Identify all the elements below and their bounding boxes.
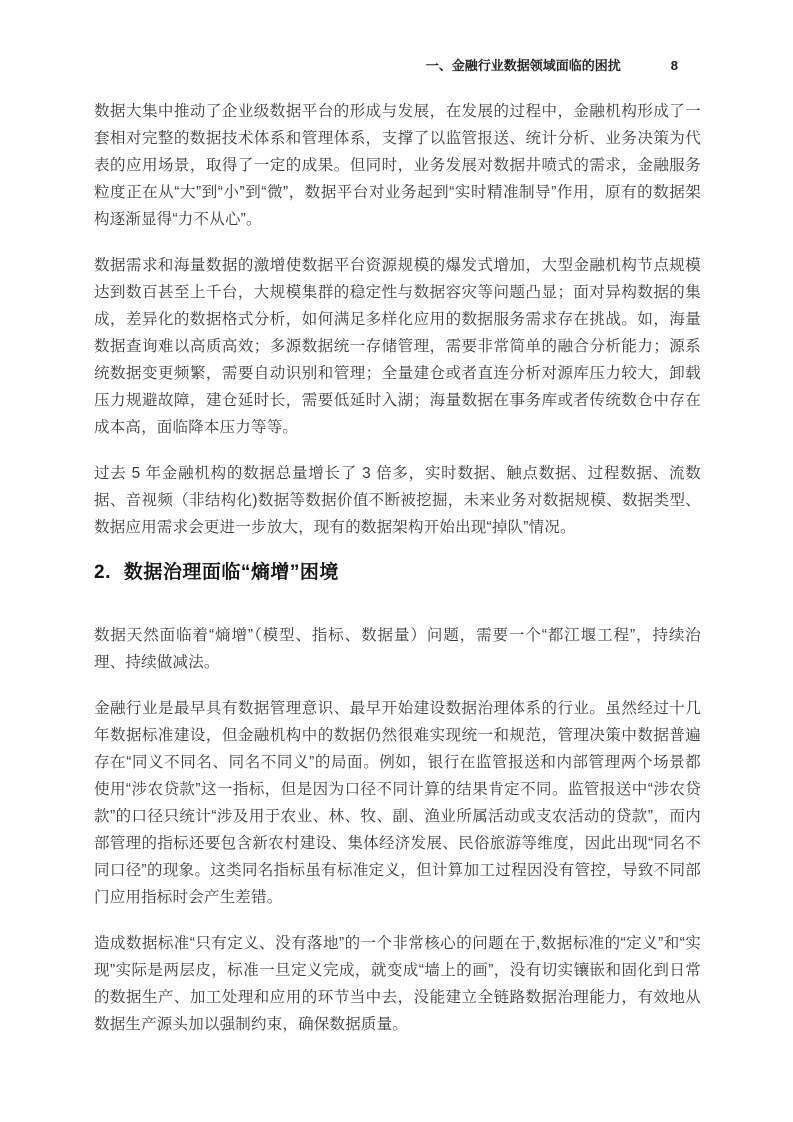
header-section-title: 一、金融行业数据领域面临的困扰 [426, 57, 621, 74]
paragraph-governance: 金融行业是最早具有数据管理意识、最早开始建设数据治理体系的行业。虽然经过十几年数… [94, 695, 701, 911]
paragraph-data-standard: 造成数据标准“只有定义、没有落地”的一个非常核心的问题在于,数据标准的“定义”和… [94, 930, 701, 1038]
document-page: 一、金融行业数据领域面临的困扰 8 数据大集中推动了企业级数据平台的形成与发展，… [0, 0, 793, 1122]
page-header: 一、金融行业数据领域面临的困扰 8 [0, 0, 793, 74]
paragraph-data-platform: 数据大集中推动了企业级数据平台的形成与发展，在发展的过程中，金融机构形成了一套相… [94, 98, 701, 233]
section-heading-number: 2. [94, 560, 111, 586]
document-body: 数据大集中推动了企业级数据平台的形成与发展，在发展的过程中，金融机构形成了一套相… [0, 74, 793, 1038]
paragraph-data-demand: 数据需求和海量数据的激增使数据平台资源规模的爆发式增加，大型金融机构节点规模达到… [94, 252, 701, 441]
header-page-number: 8 [671, 57, 678, 74]
paragraph-entropy: 数据天然面临着“熵增”（模型、指标、数据量）问题，需要一个“都江堰工程”，持续治… [94, 622, 701, 676]
section-heading: 2. 数据治理面临“熵增”困境 [94, 560, 701, 586]
section-heading-text: 数据治理面临“熵增”困境 [124, 560, 339, 586]
paragraph-data-growth: 过去 5 年金融机构的数据总量增长了 3 倍多，实时数据、触点数据、过程数据、流… [94, 460, 701, 541]
